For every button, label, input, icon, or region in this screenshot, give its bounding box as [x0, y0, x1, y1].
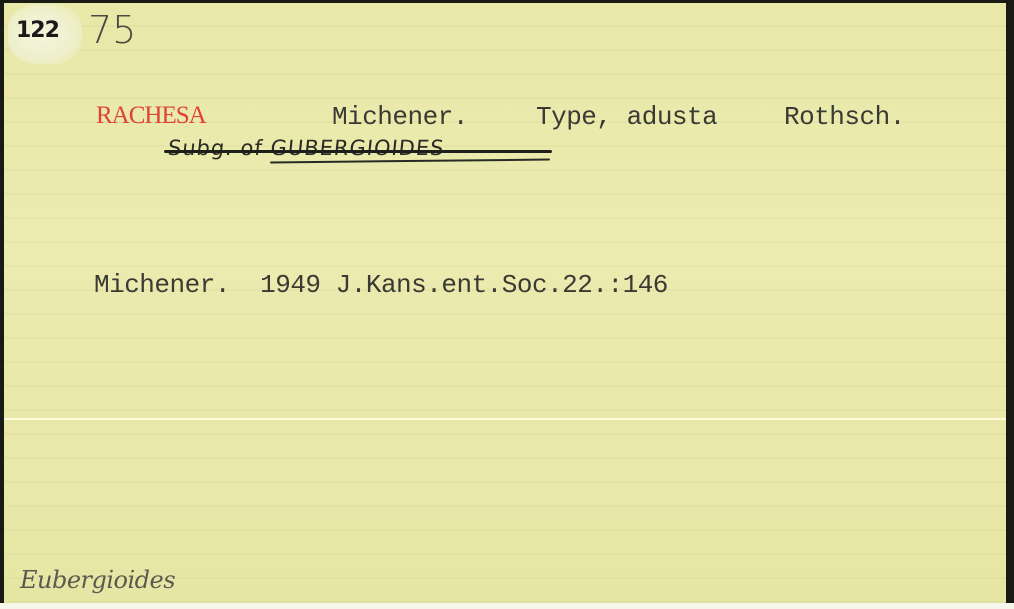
index-card — [4, 3, 1006, 603]
strike-through-line — [164, 150, 552, 153]
type-species: Type, adusta — [536, 102, 717, 132]
bibliographic-citation: Michener. 1949 J.Kans.ent.Soc.22.:146 — [94, 270, 668, 300]
type-species-author: Rothsch. — [784, 102, 905, 132]
struck-through-annotation: Subg. of GUBERGIOIDES — [167, 136, 446, 160]
card-number-prefix: 122 — [16, 18, 59, 43]
handwritten-note: Eubergioides — [20, 566, 175, 594]
card-crease-line — [4, 418, 1006, 420]
genus-author: Michener. — [332, 102, 468, 132]
card-number-suffix: 75 — [88, 8, 136, 52]
genus-name: RACHESA — [96, 102, 206, 130]
card-bottom-edge — [0, 603, 1014, 609]
